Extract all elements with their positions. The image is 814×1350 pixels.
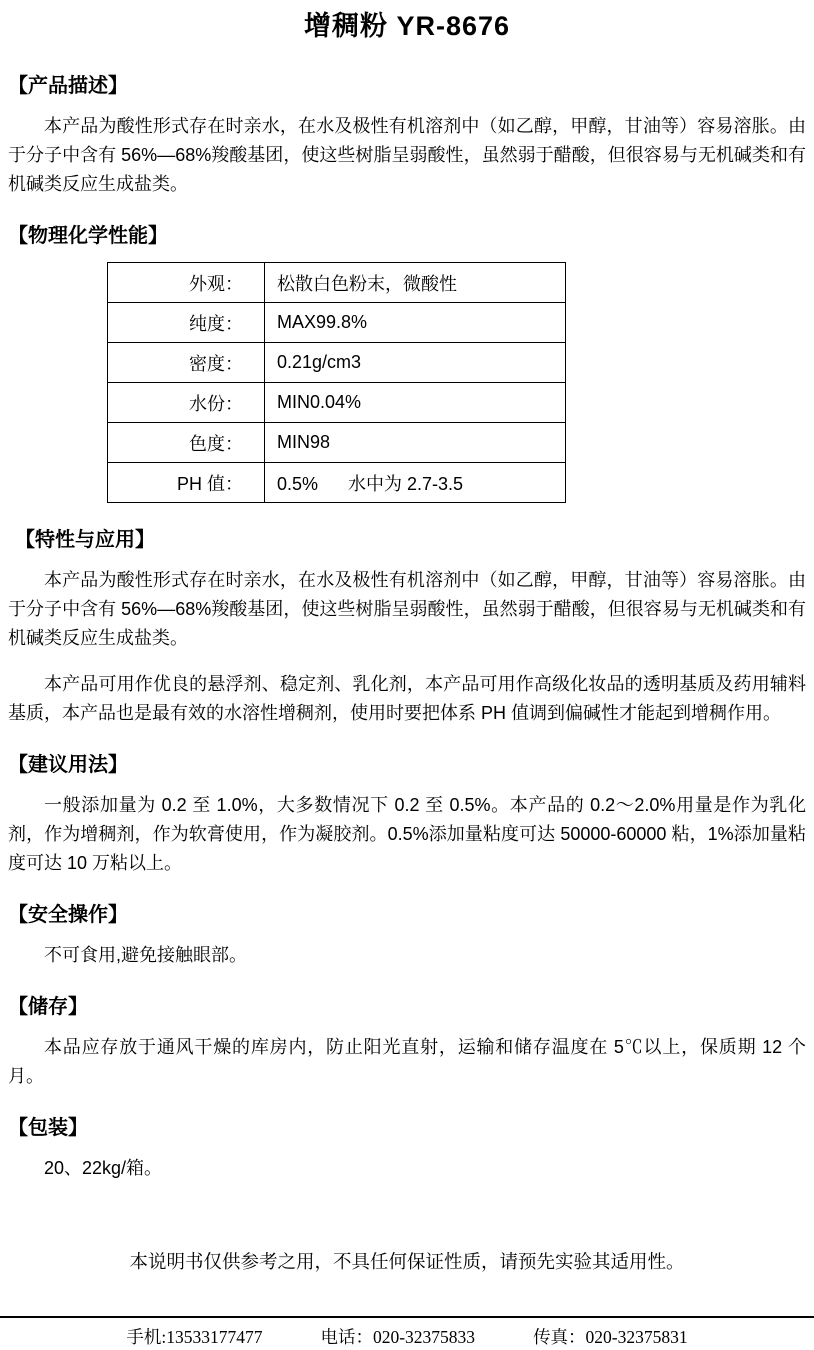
section-heading-product-description: 【产品描述】 bbox=[8, 69, 806, 98]
usage-paragraph: 一般添加量为 0.2 至 1.0%，大多数情况下 0.2 至 0.5%。本产品的… bbox=[8, 791, 806, 878]
row-label: PH 值： bbox=[108, 463, 265, 503]
row-label: 密度： bbox=[108, 343, 265, 383]
row-label: 水份： bbox=[108, 383, 265, 423]
section-packaging: 【包装】 20、22kg/箱。 bbox=[8, 1111, 806, 1183]
section-safety: 【安全操作】 不可食用,避免接触眼部。 bbox=[8, 898, 806, 970]
section-heading-physical-properties: 【物理化学性能】 bbox=[8, 219, 806, 248]
properties-table: 外观： 松散白色粉末，微酸性 纯度： MAX99.8% 密度： 0.21g/cm… bbox=[107, 262, 566, 503]
table-row-purity: 纯度： MAX99.8% bbox=[108, 303, 566, 343]
fax-number: 传真：020-32375831 bbox=[533, 1324, 688, 1349]
packaging-paragraph: 20、22kg/箱。 bbox=[8, 1154, 806, 1183]
section-storage: 【储存】 本品应存放于通风干燥的库房内，防止阳光直射，运输和储存温度在 5℃以上… bbox=[8, 990, 806, 1091]
contact-line: 手机:13533177477 电话：020-32375833 传真：020-32… bbox=[0, 1324, 814, 1349]
row-label: 色度： bbox=[108, 423, 265, 463]
product-description-paragraph: 本产品为酸性形式存在时亲水，在水及极性有机溶剂中（如乙醇，甲醇，甘油等）容易溶胀… bbox=[8, 112, 806, 199]
section-heading-safety: 【安全操作】 bbox=[8, 898, 806, 927]
row-value: MAX99.8% bbox=[265, 303, 566, 343]
page-title: 增稠粉 YR-8676 bbox=[8, 4, 806, 43]
document-page: 增稠粉 YR-8676 【产品描述】 本产品为酸性形式存在时亲水，在水及极性有机… bbox=[0, 0, 814, 1350]
section-features-applications: 【特性与应用】 本产品为酸性形式存在时亲水，在水及极性有机溶剂中（如乙醇，甲醇，… bbox=[8, 523, 806, 728]
table-row-appearance: 外观： 松散白色粉末，微酸性 bbox=[108, 263, 566, 303]
table-row-color: 色度： MIN98 bbox=[108, 423, 566, 463]
table-row-density: 密度： 0.21g/cm3 bbox=[108, 343, 566, 383]
table-row-moisture: 水份： MIN0.04% bbox=[108, 383, 566, 423]
row-value: MIN98 bbox=[265, 423, 566, 463]
safety-paragraph: 不可食用,避免接触眼部。 bbox=[8, 941, 806, 970]
storage-paragraph: 本品应存放于通风干燥的库房内，防止阳光直射，运输和储存温度在 5℃以上，保质期 … bbox=[8, 1033, 806, 1091]
footer-divider bbox=[0, 1316, 814, 1318]
section-heading-features-applications: 【特性与应用】 bbox=[8, 523, 806, 552]
section-heading-packaging: 【包装】 bbox=[8, 1111, 806, 1140]
disclaimer-text: 本说明书仅供参考之用，不具任何保证性质，请预先实验其适用性。 bbox=[0, 1248, 814, 1274]
section-heading-suggested-usage: 【建议用法】 bbox=[8, 748, 806, 777]
row-value: 0.21g/cm3 bbox=[265, 343, 566, 383]
section-suggested-usage: 【建议用法】 一般添加量为 0.2 至 1.0%，大多数情况下 0.2 至 0.… bbox=[8, 748, 806, 878]
row-value: 0.5% 水中为 2.7-3.5 bbox=[265, 463, 566, 503]
row-label: 外观： bbox=[108, 263, 265, 303]
features-paragraph-1: 本产品为酸性形式存在时亲水，在水及极性有机溶剂中（如乙醇，甲醇，甘油等）容易溶胀… bbox=[8, 566, 806, 653]
section-product-description: 【产品描述】 本产品为酸性形式存在时亲水，在水及极性有机溶剂中（如乙醇，甲醇，甘… bbox=[8, 69, 806, 199]
section-heading-storage: 【储存】 bbox=[8, 990, 806, 1019]
row-value: 松散白色粉末，微酸性 bbox=[265, 263, 566, 303]
page-footer: 手机:13533177477 电话：020-32375833 传真：020-32… bbox=[0, 1316, 814, 1349]
section-physical-properties: 【物理化学性能】 外观： 松散白色粉末，微酸性 纯度： MAX99.8% 密度：… bbox=[8, 219, 806, 503]
row-label: 纯度： bbox=[108, 303, 265, 343]
mobile-number: 手机:13533177477 bbox=[126, 1324, 262, 1349]
row-value: MIN0.04% bbox=[265, 383, 566, 423]
table-row-ph: PH 值： 0.5% 水中为 2.7-3.5 bbox=[108, 463, 566, 503]
phone-number: 电话：020-32375833 bbox=[320, 1324, 475, 1349]
features-paragraph-2: 本产品可用作优良的悬浮剂、稳定剂、乳化剂，本产品可用作高级化妆品的透明基质及药用… bbox=[8, 670, 806, 728]
